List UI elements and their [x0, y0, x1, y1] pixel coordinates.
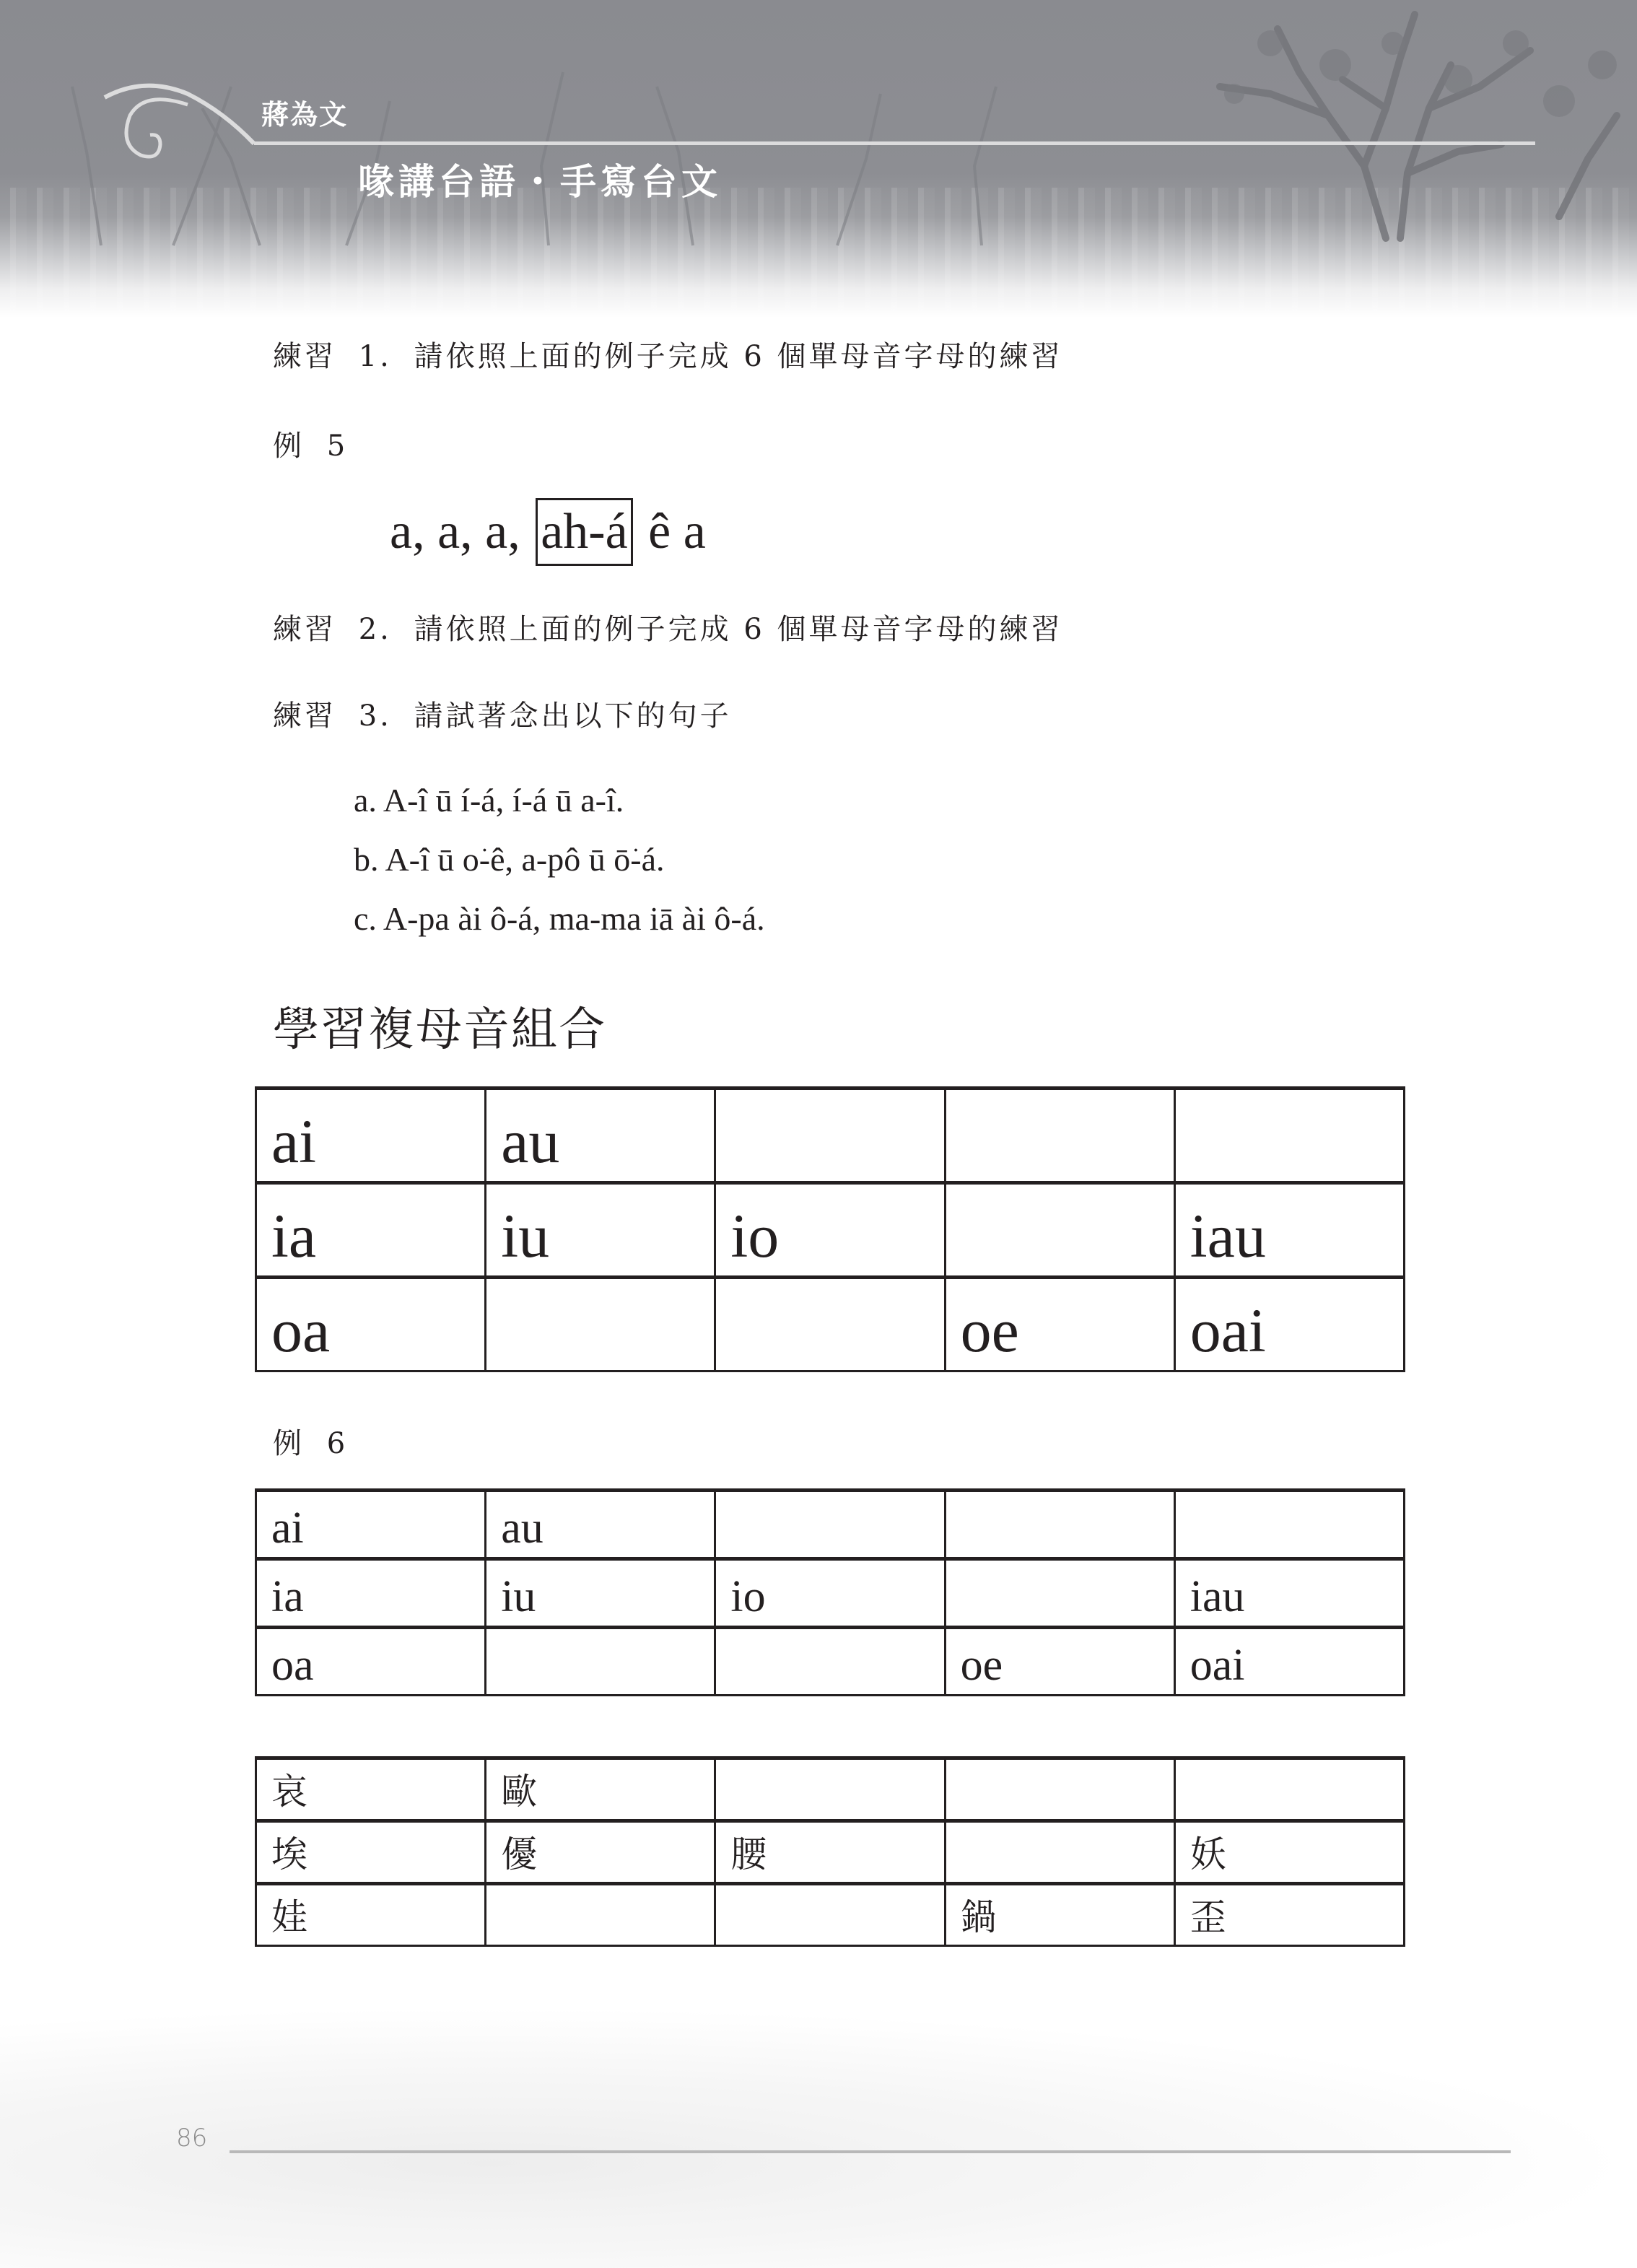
table-cell: [486, 1884, 715, 1946]
table-cell: 鍋: [945, 1884, 1174, 1946]
table-cell: [945, 1183, 1174, 1278]
swirl-ornament-icon: [101, 83, 260, 162]
table-cell: 哀: [256, 1758, 486, 1821]
table-cell: [1174, 1491, 1404, 1559]
sentence-b: b. A-î ū o͘-ê, a-pô ū ō͘-á.: [354, 840, 665, 878]
sentence-a: a. A-î ū í-á, í-á ū a-î.: [354, 781, 624, 819]
header-banner: 蔣為文 喙講台語・手寫台文: [0, 0, 1637, 318]
table-cell: [486, 1628, 715, 1696]
table-cell: [1174, 1089, 1404, 1183]
table-cell: [715, 1278, 945, 1371]
table-cell: 腰: [715, 1821, 945, 1884]
exercise-3: 練習 3. 請試著念出以下的句子: [273, 693, 732, 734]
example-5-prefix: a, a, a,: [390, 504, 520, 559]
table-cell: iau: [1174, 1183, 1404, 1278]
table-cell: [715, 1758, 945, 1821]
header-rule: [254, 141, 1535, 145]
table-cell: au: [486, 1491, 715, 1559]
table-cell: oa: [256, 1278, 486, 1371]
exercise-2: 練習 2. 請依照上面的例子完成 6 個單母音字母的練習: [273, 606, 1063, 647]
exercise-text: 請依照上面的例子完成 6 個單母音字母的練習: [414, 613, 1063, 646]
table-cell: 娃: [256, 1884, 486, 1946]
table-cell: [945, 1491, 1174, 1559]
table-row: ia iu io iau: [256, 1559, 1405, 1628]
table-row: 哀 歐: [256, 1758, 1405, 1821]
table-row: ai au: [256, 1491, 1405, 1559]
example-5-boxed-word: ah-á: [536, 498, 632, 566]
table-cell: [945, 1089, 1174, 1183]
exercise-1: 練習 1. 請依照上面的例子完成 6 個單母音字母的練習: [273, 333, 1063, 375]
table-cell: oai: [1174, 1278, 1404, 1371]
example-label: 例: [273, 429, 305, 463]
table-row: 娃 鍋 歪: [256, 1884, 1405, 1946]
table-cell: ia: [256, 1183, 486, 1278]
book-title: 喙講台語・手寫台文: [358, 153, 722, 205]
exercise-label: 練習: [273, 699, 336, 733]
compound-vowel-table-large: ai au ia iu io iau oa oe oai: [255, 1086, 1405, 1372]
example-5-suffix: ê a: [648, 504, 706, 559]
table-cell: [715, 1491, 945, 1559]
table-cell: [945, 1821, 1174, 1884]
table-row: oa oe oai: [256, 1628, 1405, 1696]
table-cell: io: [715, 1559, 945, 1628]
author-name: 蔣為文: [261, 92, 348, 132]
table-cell: ia: [256, 1559, 486, 1628]
footer-rule: [230, 2150, 1511, 2153]
hanji-table: 哀 歐 埃 優 腰 妖 娃 鍋 歪: [255, 1756, 1405, 1947]
table-cell: 歐: [486, 1758, 715, 1821]
table-cell: 優: [486, 1821, 715, 1884]
table-cell: [945, 1758, 1174, 1821]
example-6-label: 例 6: [273, 1421, 348, 1462]
table-cell: iau: [1174, 1559, 1404, 1628]
table-cell: oe: [945, 1278, 1174, 1371]
table-row: 埃 優 腰 妖: [256, 1821, 1405, 1884]
exercise-label: 練習: [273, 613, 336, 646]
section-heading: 學習複母音組合: [273, 993, 606, 1059]
table-cell: [715, 1628, 945, 1696]
table-cell: 妖: [1174, 1821, 1404, 1884]
table-row: ia iu io iau: [256, 1183, 1405, 1278]
example-number: 5: [327, 429, 348, 463]
table-cell: oa: [256, 1628, 486, 1696]
table-row: oa oe oai: [256, 1278, 1405, 1371]
example-label: 例: [273, 1427, 305, 1460]
page-number: 86: [176, 2124, 207, 2153]
table-cell: [486, 1278, 715, 1371]
table-cell: iu: [486, 1183, 715, 1278]
table-cell: io: [715, 1183, 945, 1278]
tree-silhouette-icon: [1155, 0, 1637, 303]
table-cell: [715, 1884, 945, 1946]
table-cell: [1174, 1758, 1404, 1821]
table-row: ai au: [256, 1089, 1405, 1183]
exercise-number: 3.: [359, 699, 392, 733]
table-cell: [715, 1089, 945, 1183]
table-cell: au: [486, 1089, 715, 1183]
footer-watermark: [0, 2007, 1637, 2268]
exercise-number: 2.: [359, 613, 392, 646]
table-cell: iu: [486, 1559, 715, 1628]
example-5-content: a, a, a, ah-á ê a: [390, 498, 706, 566]
example-number: 6: [327, 1427, 348, 1460]
table-cell: 埃: [256, 1821, 486, 1884]
table-cell: ai: [256, 1491, 486, 1559]
table-cell: oai: [1174, 1628, 1404, 1696]
exercise-label: 練習: [273, 340, 336, 373]
exercise-text: 請試著念出以下的句子: [414, 699, 732, 733]
compound-vowel-table-example: ai au ia iu io iau oa oe oai: [255, 1488, 1405, 1696]
table-cell: oe: [945, 1628, 1174, 1696]
sentence-c: c. A-pa ài ô-á, ma-ma iā ài ô-á.: [354, 899, 765, 938]
example-5-label: 例 5: [273, 423, 348, 464]
table-cell: 歪: [1174, 1884, 1404, 1946]
exercise-number: 1.: [359, 340, 392, 373]
table-cell: ai: [256, 1089, 486, 1183]
table-cell: [945, 1559, 1174, 1628]
exercise-text: 請依照上面的例子完成 6 個單母音字母的練習: [414, 340, 1063, 373]
